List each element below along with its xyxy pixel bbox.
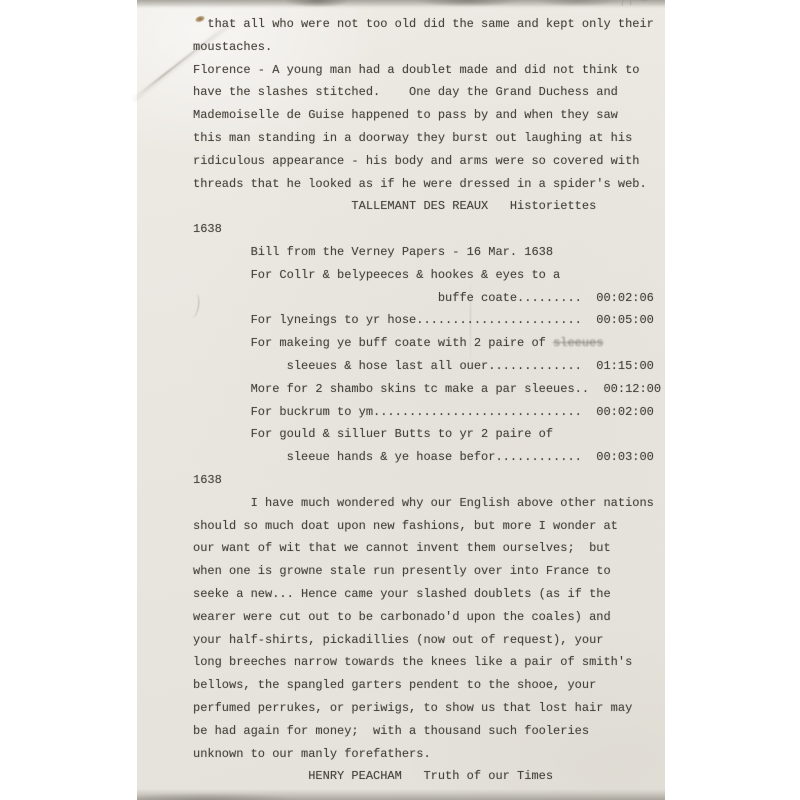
text-line: threads that he looked as if he were dre… xyxy=(193,173,661,196)
text-line: moustaches. xyxy=(193,36,661,59)
text-line: For gould & silluer Butts to yr 2 paire … xyxy=(193,423,661,446)
text-line: Bill from the Verney Papers - 16 Mar. 16… xyxy=(193,241,661,264)
text-line: TALLEMANT DES REAUX Historiettes xyxy=(193,195,661,218)
text-line: 1638 xyxy=(193,218,661,241)
text-line: For makeing ye buff coate with 2 paire o… xyxy=(193,332,661,355)
text-line: sleeue hands & ye hoase befor...........… xyxy=(193,446,661,469)
text-line: buffe coate......... 00:02:06 xyxy=(193,287,661,310)
erased-word: sleeues xyxy=(553,336,603,350)
text-line: Florence - A young man had a doublet mad… xyxy=(193,59,661,82)
text-line: perfumed perrukes, or periwigs, to show … xyxy=(193,697,661,720)
text-line: For buckrum to ym.......................… xyxy=(193,401,661,424)
text-line: unknown to our manly forefathers. xyxy=(193,743,661,766)
text-line: 1638 xyxy=(193,469,661,492)
text-line: long breeches narrow towards the knees l… xyxy=(193,651,661,674)
pencil-mark xyxy=(617,0,657,8)
page-bottom-edge-shadow xyxy=(137,789,665,800)
text-line: wearer were cut out to be carbonado'd up… xyxy=(193,606,661,629)
text-line: For Collr & belypeeces & hookes & eyes t… xyxy=(193,264,661,287)
text-line: More for 2 shambo skins tc make a par sl… xyxy=(193,378,661,401)
text-line: bellows, the spangled garters pendent to… xyxy=(193,674,661,697)
text-line: your half-shirts, pickadillies (now out … xyxy=(193,629,661,652)
text-line: be had again for money; with a thousand … xyxy=(193,720,661,743)
text-line: seeke a new... Hence came your slashed d… xyxy=(193,583,661,606)
text-line: when one is growne stale run presently o… xyxy=(193,560,661,583)
scanned-page: that all who were not too old did the sa… xyxy=(137,0,665,800)
text-line: sleeues & hose last all ouer............… xyxy=(193,355,661,378)
text-line: this man standing in a doorway they burs… xyxy=(193,127,661,150)
text-line: that all who were not too old did the sa… xyxy=(193,13,661,36)
text-line: have the slashes stitched. One day the G… xyxy=(193,81,661,104)
text-line: HENRY PEACHAM Truth of our Times xyxy=(193,765,661,788)
typewritten-text: that all who were not too old did the sa… xyxy=(193,13,661,788)
page-top-edge-shadow xyxy=(137,0,665,9)
text-line: our want of wit that we cannot invent th… xyxy=(193,537,661,560)
text-line: I have much wondered why our English abo… xyxy=(193,492,661,515)
text-line: should so much doat upon new fashions, b… xyxy=(193,515,661,538)
text-line: For lyneings to yr hose.................… xyxy=(193,309,661,332)
text-line: Mademoiselle de Guise happened to pass b… xyxy=(193,104,661,127)
text-line: ridiculous appearance - his body and arm… xyxy=(193,150,661,173)
scan-background: that all who were not too old did the sa… xyxy=(0,0,800,800)
